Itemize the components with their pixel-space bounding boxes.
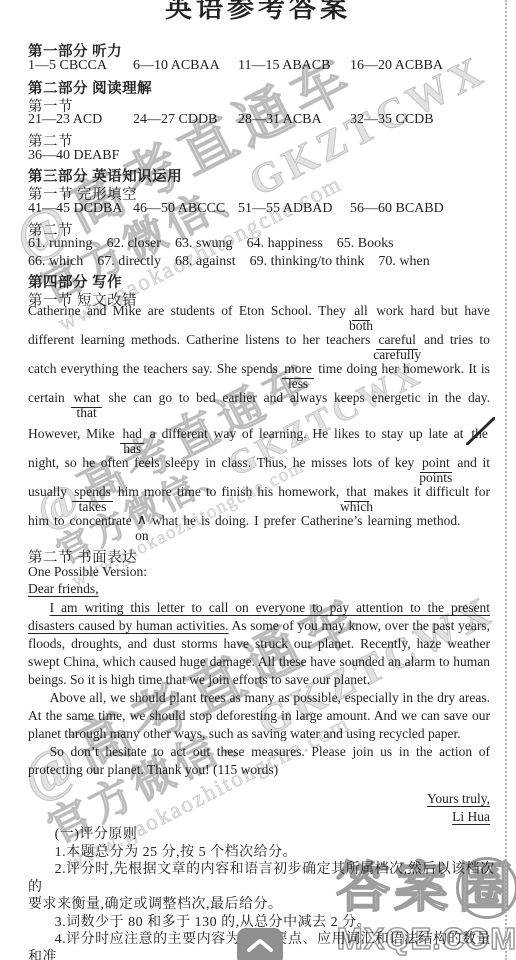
word: However, <box>28 426 80 442</box>
word: for <box>474 484 490 500</box>
word: Thus, <box>257 455 287 471</box>
collapse-button[interactable] <box>237 928 283 960</box>
word: can <box>133 390 152 406</box>
answer-group: 21—23 ACD <box>28 112 133 128</box>
word: key <box>395 455 415 471</box>
passage-line: night,soheoftenfeelssleepyinclass.Thus,h… <box>28 455 490 484</box>
closing-line: Yours truly, <box>427 790 490 808</box>
word: Eton <box>239 303 265 319</box>
answers-listening: 1—5 CBCCA 6—10 ACBAA 11—15 ABACB 16—20 A… <box>28 58 490 74</box>
word: night, <box>28 455 59 471</box>
word: what <box>152 513 178 529</box>
passage-line: catcheverythingtheteacherssay.Shespendsm… <box>28 361 490 390</box>
error-word: thatwhich <box>344 484 368 502</box>
answer-item: 67. directly <box>97 254 161 270</box>
word: earlier <box>222 390 256 406</box>
word: misses <box>311 455 347 471</box>
answer-group: 24—27 CDDB <box>133 112 238 128</box>
passage-line: CatherineandMikearestudentsofEtonSchool.… <box>28 303 490 332</box>
word: students <box>171 303 215 319</box>
answer-item: 70. when <box>378 254 429 270</box>
word: the <box>123 361 140 377</box>
word: of <box>378 455 389 471</box>
word: doing. <box>215 513 249 529</box>
answers-grammar-2: 66. which 67. directly 68. against 69. t… <box>28 254 490 270</box>
word: often <box>101 455 129 471</box>
word: teachers <box>326 332 370 348</box>
error-word: hadhas <box>120 426 144 444</box>
word: up <box>409 426 423 442</box>
model-essay: I am writing this letter to call on ever… <box>28 599 490 779</box>
word: his <box>257 484 273 500</box>
scoring-rule: 2.评分时,先根据文章的内容和语言初步确定其所属档次,然后以该档次的 <box>28 861 496 896</box>
word: doing <box>346 361 377 377</box>
answer-group: 16—20 ACBBA <box>350 58 443 74</box>
signature: Yours truly, Li Hua <box>427 790 490 826</box>
word: and <box>424 332 444 348</box>
page-edge-dotted-line <box>505 0 507 960</box>
word: are <box>148 303 164 319</box>
word: homework, <box>278 484 339 500</box>
word: to <box>179 390 190 406</box>
word: more <box>144 484 172 500</box>
word: everything <box>61 361 119 377</box>
word: and <box>87 303 107 319</box>
word: learning <box>367 513 411 529</box>
essay-paragraph: So don’t hesitate to act out these measu… <box>28 743 490 779</box>
word: Catherine’s <box>301 513 362 529</box>
word: learning <box>80 332 124 348</box>
word: They <box>318 303 346 319</box>
passage-line: However,Mikehadhasadifferentwayoflearnin… <box>28 426 490 455</box>
answer-item: 61. running <box>28 236 93 252</box>
error-word: carefulcarefully <box>376 332 417 350</box>
word: it <box>482 455 490 471</box>
answer-group: 32—35 CCDB <box>350 112 434 128</box>
word: He <box>312 426 328 442</box>
error-word: allboth <box>352 303 370 321</box>
word: go <box>159 390 173 406</box>
word: catch <box>28 361 56 377</box>
word: have <box>464 303 489 319</box>
page-title: 英语参考答案 <box>0 0 516 25</box>
insertion-caret: ∧on <box>137 513 147 530</box>
answer-group: 56—60 BCABD <box>350 201 444 217</box>
answer-group: 11—15 ABACB <box>238 58 350 74</box>
answer-item: 63. swung <box>175 236 233 252</box>
answer-group: 28—31 ACBA <box>238 112 350 128</box>
word: she <box>108 390 126 406</box>
word: way <box>214 426 237 442</box>
word: at <box>454 426 464 442</box>
answers-cloze: 41—45 DCDBA 46—50 ABCCC 51—55 ADBAD 56—6… <box>28 201 490 217</box>
word: to <box>365 426 376 442</box>
word: of <box>221 303 232 319</box>
essay-paragraph: I am writing this letter to call on ever… <box>28 599 490 689</box>
word: of <box>242 426 253 442</box>
word: method. <box>417 513 461 529</box>
word: methods. <box>131 332 180 348</box>
word: learning. <box>259 426 307 442</box>
answer-item: 62. closer <box>107 236 161 252</box>
answer-item: 66. which <box>28 254 83 270</box>
word: to <box>479 332 490 348</box>
word: likes <box>334 426 360 442</box>
word: homework. <box>403 361 464 377</box>
error-word: moreless <box>282 361 314 379</box>
word: him <box>118 484 139 500</box>
correction-word: on <box>135 528 149 544</box>
answer-group: 46—50 ABCCC <box>133 201 238 217</box>
word: to <box>206 484 217 500</box>
word: always <box>290 390 328 406</box>
answer-group: 6—10 ACBAA <box>133 58 238 74</box>
word: day. <box>468 390 490 406</box>
passage-line: certainwhatthatshecangotobedearlierandal… <box>28 390 490 419</box>
chevron-up-icon <box>243 934 277 956</box>
word: it <box>413 484 421 500</box>
answer-item: 65. Books <box>337 236 394 252</box>
answers-reading-2: 36—40 DEABF <box>28 148 490 164</box>
word: time <box>318 361 342 377</box>
word: stay <box>382 426 404 442</box>
word: School. <box>271 303 312 319</box>
word: late <box>428 426 448 442</box>
word: to <box>54 513 65 529</box>
answers-grammar-1: 61. running 62. closer 63. swung 64. hap… <box>28 236 490 252</box>
answer-group: 1—5 CBCCA <box>28 58 133 74</box>
word: I <box>254 513 259 529</box>
error-word: pointpoints <box>420 455 452 473</box>
word: usually <box>28 484 67 500</box>
word: work <box>376 303 404 319</box>
word: say. <box>192 361 213 377</box>
word: in <box>428 390 439 406</box>
word: him <box>28 513 49 529</box>
word: tries <box>450 332 473 348</box>
word: teachers <box>143 361 187 377</box>
word: feels <box>134 455 159 471</box>
word: to <box>286 332 297 348</box>
word: but <box>441 303 458 319</box>
scoring-rule-continuation: 要求来衡量,确定或调整档次,最后给分。 <box>28 896 496 914</box>
word: time <box>177 484 201 500</box>
word: he <box>293 455 306 471</box>
word: Mike <box>113 303 142 319</box>
word: makes <box>374 484 409 500</box>
word: It <box>468 361 476 377</box>
word: lots <box>353 455 373 471</box>
salutation: Dear friends, <box>28 581 490 597</box>
word: listens <box>245 332 280 348</box>
word: different <box>28 332 74 348</box>
word: Catherine <box>28 303 80 319</box>
word: the <box>445 390 462 406</box>
answer-item: 69. thinking/to think <box>250 254 365 270</box>
deleted-word-text: the <box>469 426 490 442</box>
error-correction-passage: CatherineandMikearestudentsofEtonSchool.… <box>28 303 490 542</box>
document-content: 英语参考答案 第一部分 听力 1—5 CBCCA 6—10 ACBAA 11—1… <box>0 0 516 960</box>
word: prefer <box>264 513 296 529</box>
passage-line: differentlearningmethods.Catherinelisten… <box>28 332 490 361</box>
word: energetic <box>372 390 421 406</box>
word: her <box>381 361 398 377</box>
word: is <box>481 361 490 377</box>
word: keeps <box>334 390 365 406</box>
word: and <box>457 455 477 471</box>
caret-icon: ∧ <box>137 512 147 529</box>
scoring-rule: 1.本题总分为 25 分,按 5 个档次给分。 <box>28 844 496 862</box>
word: difficult <box>426 484 469 500</box>
exam-answer-sheet: @高考直通车 官方微信、GKZTCWX www.gaokaozhitongche… <box>0 0 516 960</box>
error-word: spendstakes <box>72 484 113 502</box>
word: spends <box>241 361 278 377</box>
word: in <box>205 455 216 471</box>
version-label: One Possible Version: <box>28 564 490 580</box>
word: different <box>162 426 208 442</box>
answers-reading-1: 21—23 ACD 24—27 CDDB 28—31 ACBA 32—35 CC… <box>28 112 490 128</box>
word: sleepy <box>165 455 200 471</box>
word: and <box>264 390 284 406</box>
word: so <box>65 455 77 471</box>
answer-item: 64. happiness <box>247 236 323 252</box>
answer-item: 68. against <box>175 254 236 270</box>
closing-name: Li Hua <box>427 808 490 826</box>
word: Catherine <box>186 332 238 348</box>
word: he <box>183 513 196 529</box>
word: he <box>82 455 95 471</box>
essay-paragraph: Above all, we should plant trees as many… <box>28 689 490 743</box>
passage-line: usuallyspendstakeshimmoretimetofinishhis… <box>28 484 490 513</box>
word: a <box>150 426 156 442</box>
correction-word: that <box>76 405 96 421</box>
answer-group: 41—45 DCDBA <box>28 201 133 217</box>
word: finish <box>222 484 253 500</box>
word: bed <box>196 390 216 406</box>
error-word: whatthat <box>71 390 101 408</box>
word: hard <box>410 303 434 319</box>
word: She <box>217 361 237 377</box>
deleted-word: the <box>469 426 490 442</box>
word: certain <box>28 390 65 406</box>
word: class. <box>222 455 252 471</box>
answer-group: 51—55 ADBAD <box>238 201 350 217</box>
scoring-heading: (一)评分原则 <box>28 826 496 844</box>
passage-line: himtoconcentrate∧onwhatheisdoing.Iprefer… <box>28 513 490 542</box>
word: her <box>303 332 320 348</box>
word: is <box>201 513 210 529</box>
word: concentrate <box>70 513 132 529</box>
word: Mike <box>86 426 115 442</box>
